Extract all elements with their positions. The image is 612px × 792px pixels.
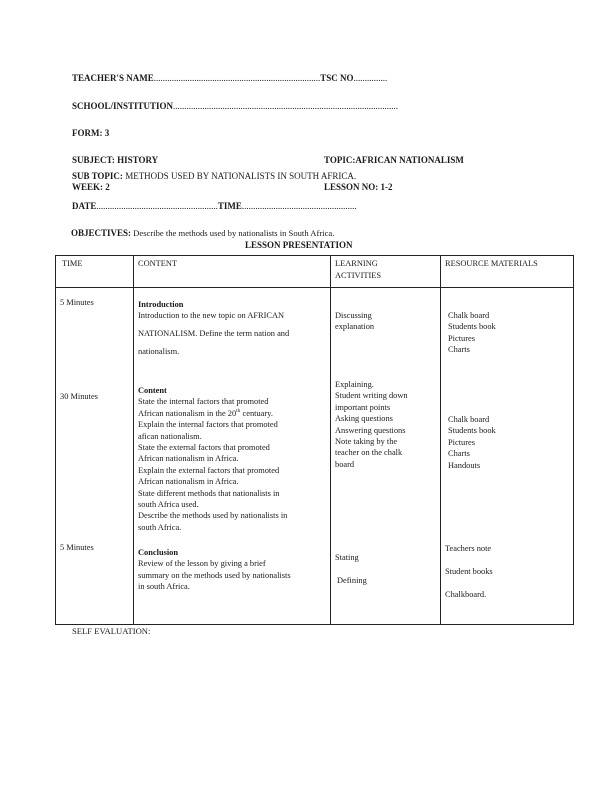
school-line: SCHOOL/INSTITUTION......................… bbox=[72, 101, 398, 111]
objectives-line: OBJECTIVES: Describe the methods used by… bbox=[71, 228, 334, 238]
subject-label: SUBJECT: HISTORY bbox=[72, 155, 158, 165]
table-body-row: 5 Minutes 30 Minutes 5 Minutes Introduct… bbox=[56, 288, 574, 625]
tsc-no-field[interactable]: ............... bbox=[354, 73, 388, 83]
section-title: LESSON PRESENTATION bbox=[245, 240, 352, 250]
column-header-content: CONTENT bbox=[134, 256, 331, 288]
form-label: FORM: 3 bbox=[72, 128, 109, 138]
lesson-no-label: LESSON NO: 1-2 bbox=[324, 182, 393, 192]
teacher-name-field[interactable]: ........................................… bbox=[154, 73, 321, 83]
row-2-time: 30 Minutes bbox=[60, 391, 98, 403]
row-1-time: 5 Minutes bbox=[60, 297, 94, 309]
date-label: DATE bbox=[72, 201, 96, 211]
table-header-row: TIME CONTENT LEARNINGACTIVITIES RESOURCE… bbox=[56, 256, 574, 288]
row-3-activity-stating: Stating bbox=[335, 552, 359, 564]
time-label: TIME bbox=[218, 201, 242, 211]
activities-cell: Discussing explanation Explaining. Stude… bbox=[331, 288, 441, 625]
time-field[interactable]: ........................................… bbox=[242, 201, 357, 211]
row-3-resource-chalkboard: Chalkboard. bbox=[445, 589, 486, 601]
row-3-content: Conclusion Review of the lesson by givin… bbox=[138, 547, 291, 593]
row-1-content: Introduction Introduction to the new top… bbox=[138, 299, 289, 357]
lesson-presentation-table: TIME CONTENT LEARNINGACTIVITIES RESOURCE… bbox=[55, 255, 574, 625]
resources-cell: Chalk board Students book Pictures Chart… bbox=[441, 288, 574, 625]
topic-label: TOPIC:AFRICAN NATIONALISM bbox=[324, 155, 464, 165]
row-2-resources: Chalk board Students book Pictures Chart… bbox=[448, 414, 496, 471]
self-evaluation-label: SELF EVALUATION: bbox=[72, 626, 150, 636]
row-2-activities: Explaining. Student writing down importa… bbox=[335, 379, 408, 470]
teacher-name-label: TEACHER'S NAME bbox=[72, 73, 154, 83]
school-field[interactable]: ........................................… bbox=[173, 101, 398, 111]
objectives-label: OBJECTIVES: bbox=[71, 228, 131, 238]
column-header-time: TIME bbox=[56, 256, 134, 288]
date-time-line: DATE....................................… bbox=[72, 201, 357, 211]
date-field[interactable]: ........................................… bbox=[96, 201, 218, 211]
teacher-name-line: TEACHER'S NAME..........................… bbox=[72, 73, 387, 83]
content-cell: Introduction Introduction to the new top… bbox=[134, 288, 331, 625]
row-2-content: Content State the internal factors that … bbox=[138, 385, 287, 533]
row-1-activities: Discussing explanation bbox=[335, 310, 374, 333]
week-label: WEEK: 2 bbox=[72, 182, 110, 192]
row-3-time: 5 Minutes bbox=[60, 542, 94, 554]
sub-topic-value: METHODS USED BY NATIONALISTS IN SOUTH AF… bbox=[123, 171, 356, 181]
row-3-activity-defining: Defining bbox=[337, 575, 367, 587]
column-header-learning-activities: LEARNINGACTIVITIES bbox=[331, 256, 441, 288]
objectives-value: Describe the methods used by nationalist… bbox=[131, 228, 334, 238]
sub-topic-label: SUB TOPIC: bbox=[72, 171, 123, 181]
column-header-resource-materials: RESOURCE MATERIALS bbox=[441, 256, 574, 288]
row-3-resource-student-books: Student books bbox=[445, 566, 493, 578]
sub-topic-line: SUB TOPIC: METHODS USED BY NATIONALISTS … bbox=[72, 171, 356, 181]
tsc-no-label: TSC NO bbox=[320, 73, 353, 83]
row-1-resources: Chalk board Students book Pictures Chart… bbox=[448, 310, 496, 356]
row-3-resource-teachers-note: Teachers note bbox=[445, 543, 491, 555]
school-label: SCHOOL/INSTITUTION bbox=[72, 101, 173, 111]
time-cell: 5 Minutes 30 Minutes 5 Minutes bbox=[56, 288, 134, 625]
